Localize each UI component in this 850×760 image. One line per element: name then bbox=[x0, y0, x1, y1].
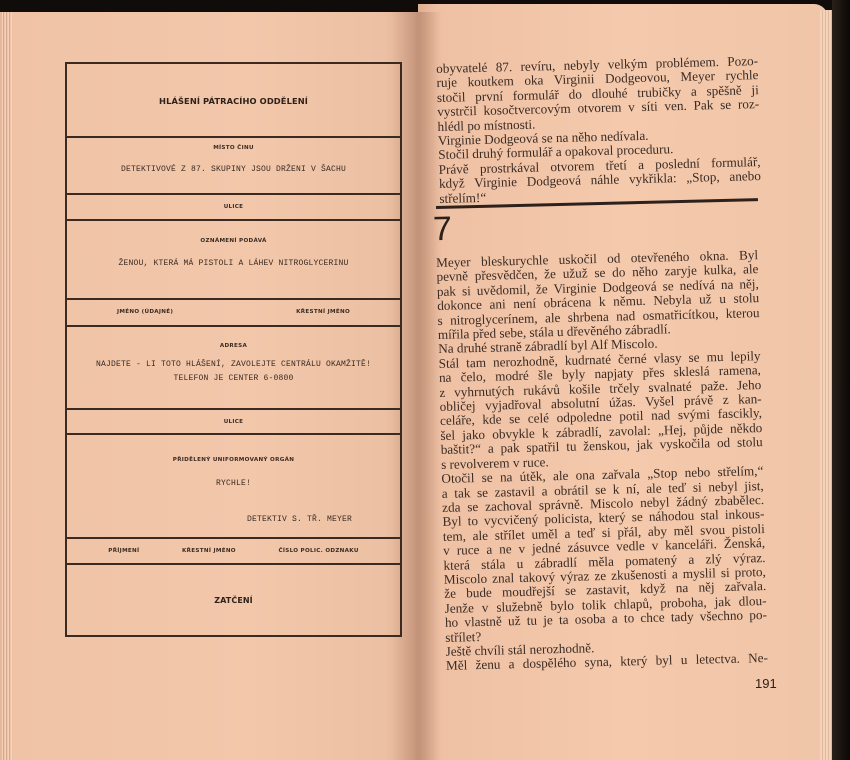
field-label: PŘIDĚLENÝ UNIFORMOVANÝ ORGÁN bbox=[67, 457, 400, 463]
field-labels: JMÉNO (ÚDAJNÉ) KŘESTNÍ JMÉNO bbox=[67, 309, 400, 315]
address-row: ADRESA NAJDETE - LI TOTO HLÁŠENÍ, ZAVOLE… bbox=[67, 327, 400, 410]
name-row: JMÉNO (ÚDAJNÉ) KŘESTNÍ JMÉNO bbox=[67, 300, 400, 327]
field-label: ZATČENÍ bbox=[67, 596, 400, 605]
field-label: ULICE bbox=[67, 419, 400, 425]
field-value: ŽENOU, KTERÁ MÁ PISTOLI A LÁHEV NITROGLY… bbox=[67, 259, 400, 268]
field-label: ADRESA bbox=[67, 343, 400, 349]
reported-by-row: OZNÁMENÍ PODÁVÁ ŽENOU, KTERÁ MÁ PISTOLI … bbox=[67, 221, 400, 300]
field-value: DETEKTIVOVÉ Z 87. SKUPINY JSOU DRŽENI V … bbox=[67, 165, 400, 174]
background-edge bbox=[832, 0, 850, 760]
arrest-row: ZATČENÍ bbox=[67, 565, 400, 637]
book-spread: HLÁŠENÍ PÁTRACÍHO ODDĚLENÍ MÍSTO ČINU DE… bbox=[0, 0, 850, 760]
field-label: JMÉNO (ÚDAJNÉ) bbox=[117, 309, 173, 315]
page-edges bbox=[2, 12, 12, 760]
field-label: PŘÍJMENÍ bbox=[108, 548, 139, 554]
field-label: ULICE bbox=[67, 204, 400, 210]
text-continuation: obyvatelé 87. revíru, nebyly velkým prob… bbox=[436, 54, 761, 206]
form-title: HLÁŠENÍ PÁTRACÍHO ODDĚLENÍ bbox=[67, 96, 400, 106]
officer-details-row: PŘÍJMENÍ KŘESTNÍ JMÉNO ČÍSLO POLIC. ODZN… bbox=[67, 539, 400, 565]
field-labels: PŘÍJMENÍ KŘESTNÍ JMÉNO ČÍSLO POLIC. ODZN… bbox=[67, 548, 400, 554]
page-number: 191 bbox=[755, 676, 777, 691]
field-label: KŘESTNÍ JMÉNO bbox=[182, 548, 236, 554]
field-value-line: NAJDETE - LI TOTO HLÁŠENÍ, ZAVOLEJTE CEN… bbox=[67, 360, 400, 369]
chapter-number: 7 bbox=[433, 212, 453, 246]
police-report-form: HLÁŠENÍ PÁTRACÍHO ODDĚLENÍ MÍSTO ČINU DE… bbox=[65, 62, 402, 637]
field-value-line: TELEFON JE CENTER 6-0800 bbox=[67, 374, 400, 383]
field-value: RYCHLE! bbox=[67, 479, 400, 488]
assigned-officer-row: PŘIDĚLENÝ UNIFORMOVANÝ ORGÁN RYCHLE! DET… bbox=[67, 435, 400, 539]
chapter-text: Meyer bleskurychle uskočil od otevřeného… bbox=[436, 248, 768, 674]
form-title-row: HLÁŠENÍ PÁTRACÍHO ODDĚLENÍ bbox=[67, 64, 400, 138]
field-label: ČÍSLO POLIC. ODZNAKU bbox=[278, 548, 358, 554]
crime-location-row: MÍSTO ČINU DETEKTIVOVÉ Z 87. SKUPINY JSO… bbox=[67, 138, 400, 195]
field-label: MÍSTO ČINU bbox=[67, 145, 400, 151]
field-label: OZNÁMENÍ PODÁVÁ bbox=[67, 238, 400, 244]
street-row: ULICE bbox=[67, 195, 400, 221]
signature: DETEKTIV S. TŘ. MEYER bbox=[247, 515, 352, 524]
street-row-2: ULICE bbox=[67, 410, 400, 435]
field-label: KŘESTNÍ JMÉNO bbox=[296, 309, 350, 315]
